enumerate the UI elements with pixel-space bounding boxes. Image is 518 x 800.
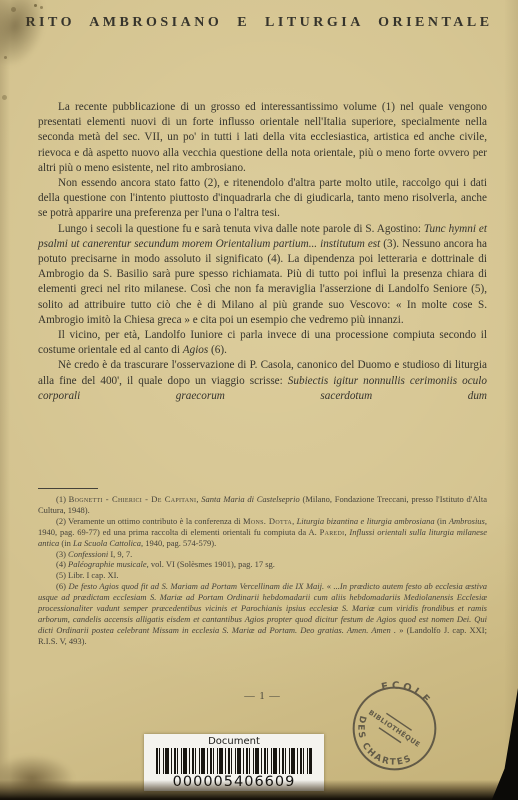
footnotes: (1) Bognetti - Chierici - De Capitani, S…: [38, 494, 487, 647]
footnote-6: (6) De festo Agios quod fit ad S. Mariam…: [38, 581, 487, 646]
footnote-4: (4) Paléographie musicale, vol. VI (Solè…: [38, 559, 487, 570]
footnote-separator-rule: [38, 488, 98, 489]
scan-smudge-top-left: [0, 0, 56, 75]
body-text: La recente pubblicazione di un grosso ed…: [38, 100, 487, 404]
footnote-1: (1) Bognetti - Chierici - De Capitani, S…: [38, 494, 487, 516]
footnote-5: (5) Libr. I cap. XI.: [38, 570, 487, 581]
page-title: RITO AMBROSIANO E LITURGIA ORIENTALE: [0, 15, 518, 31]
stamp-text-bibliotheque: BIBLIOTHÈQUE: [367, 708, 422, 749]
barcode-bars: [156, 748, 312, 774]
stamp-text-ecole: ECOLE: [376, 681, 435, 719]
scan-speckles: [34, 4, 37, 7]
footnote-2: (2) Veramente un ottimo contributo è la …: [38, 516, 487, 549]
paragraph-2: Non essendo ancora stato fatto (2), e ri…: [38, 176, 487, 222]
scan-bottom-shadow: [0, 780, 518, 800]
footnote-3: (3) Confessioni I, 9, 7.: [38, 549, 487, 560]
barcode-title: Document: [144, 736, 324, 748]
paragraph-3: Lungo i secoli la questione fu e sarà te…: [38, 222, 487, 328]
library-stamp: ECOLE DES CHARTES BIBLIOTHÈQUE: [347, 681, 442, 776]
paragraph-5: Nè credo è da trascurare l'osservazione …: [38, 358, 487, 404]
paragraph-4: Il vicino, per età, Landolfo Iuniore ci …: [38, 328, 487, 358]
scanned-document-page: RITO AMBROSIANO E LITURGIA ORIENTALE La …: [0, 0, 518, 800]
paragraph-1: La recente pubblicazione di un grosso ed…: [38, 100, 487, 176]
